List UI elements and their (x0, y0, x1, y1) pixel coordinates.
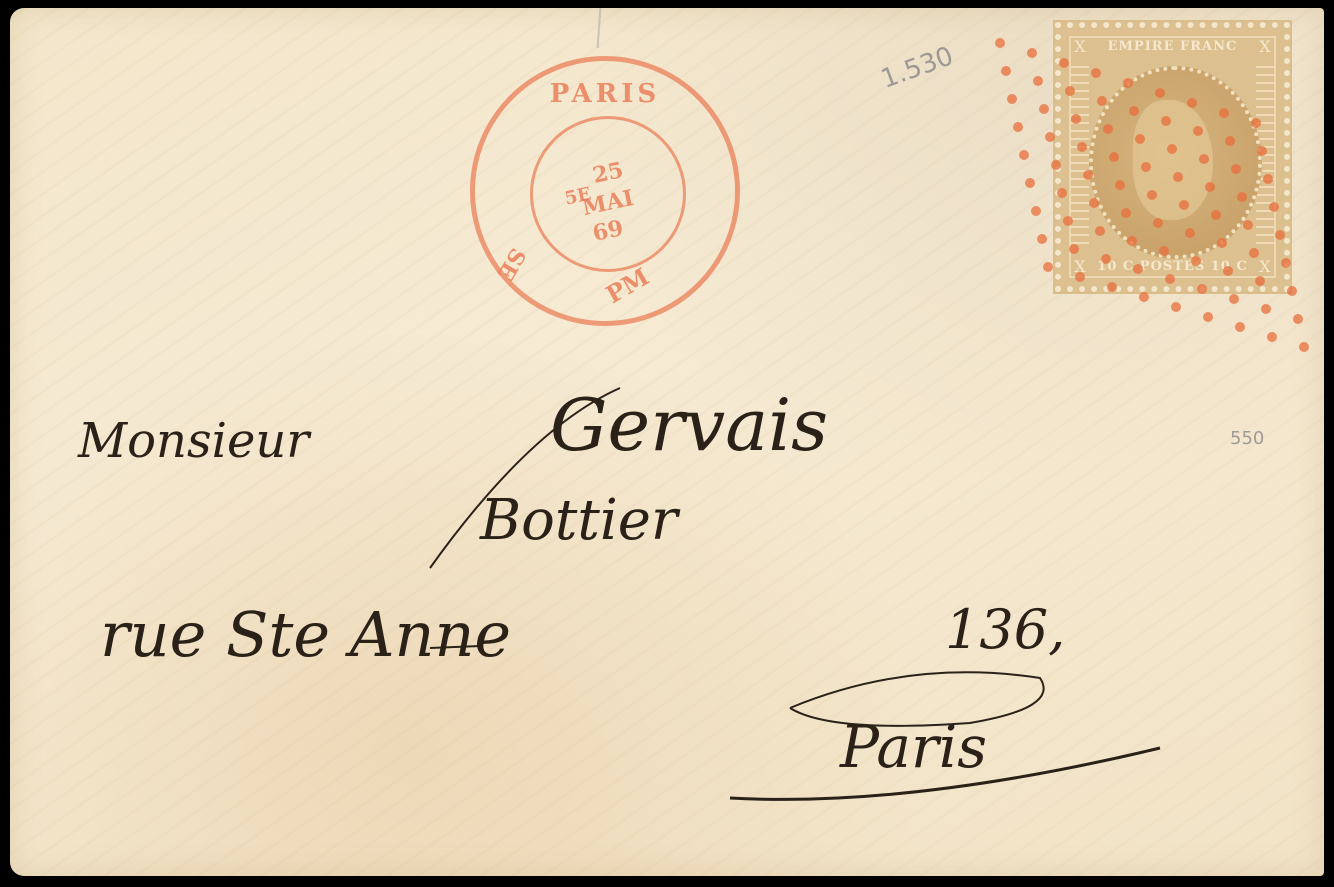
street-number: 136, (945, 598, 1065, 661)
street-address: rue Ste Anne (100, 598, 511, 671)
recipient-occupation: Bottier (480, 488, 678, 553)
salutation: Monsieur (78, 413, 309, 469)
city: Paris (840, 713, 987, 781)
envelope: 1.530 550 PARIS SE PM 5E 25 MAI 69 EMPIR… (10, 8, 1324, 876)
recipient-name: Gervais (550, 383, 828, 467)
